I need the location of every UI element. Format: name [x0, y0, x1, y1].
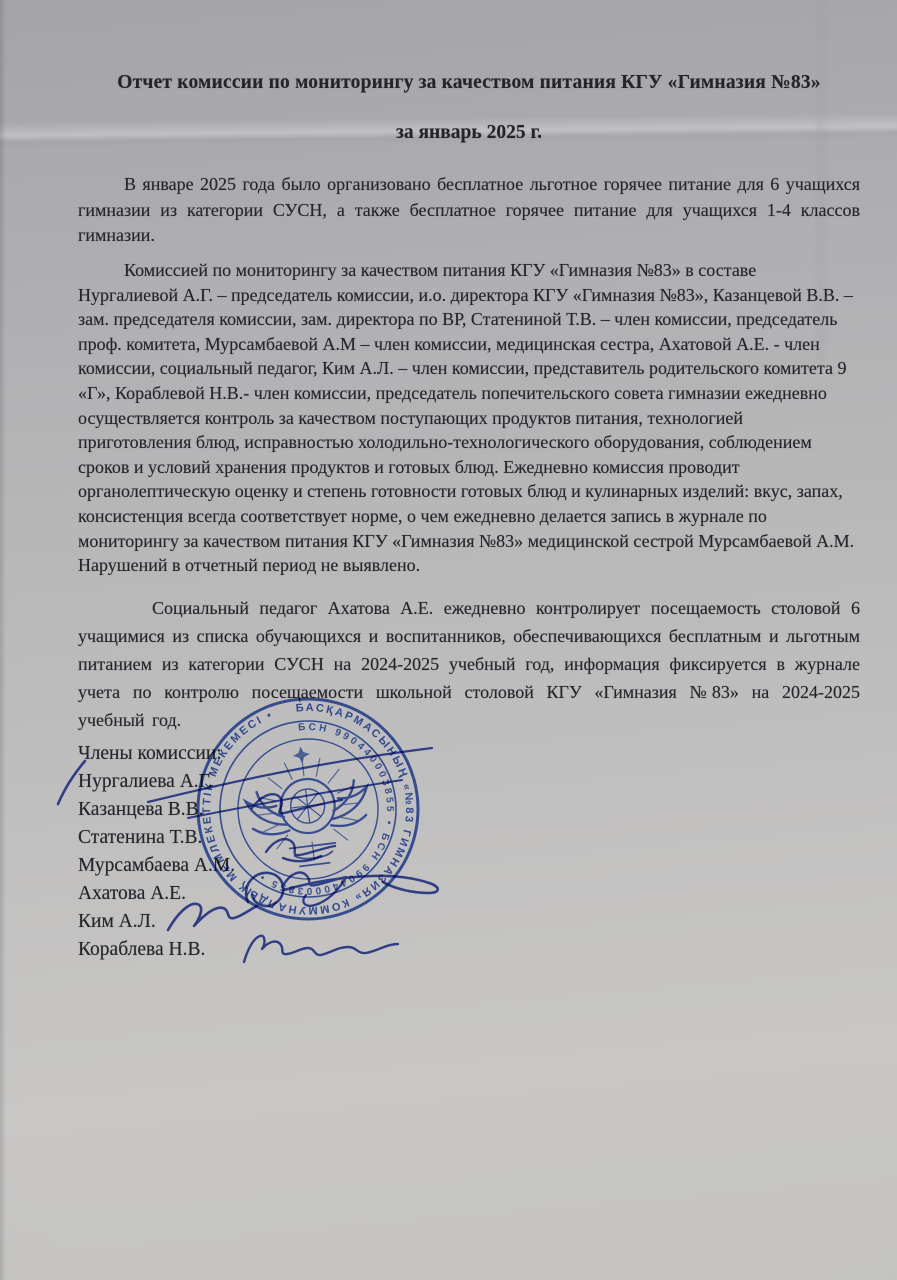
- paragraph-free-meals: В январе 2025 года было организовано бес…: [78, 172, 860, 249]
- commission-members-section: Члены комиссии: Нургалиева А.Г. Казанцев…: [78, 740, 498, 964]
- member-name: Ким А.Л.: [78, 908, 498, 936]
- document-title: Отчет комиссии по мониторингу за качеств…: [78, 72, 860, 94]
- photo-of-document: { "document": { "title_line1": "Отчет ко…: [0, 0, 897, 1280]
- member-name: Кораблева Н.В.: [78, 936, 498, 964]
- member-name: Мурсамбаева А.М.: [78, 852, 498, 880]
- paragraph-commission-monitoring: Комиссией по мониторингу за качеством пи…: [78, 258, 860, 578]
- members-heading: Члены комиссии:: [78, 740, 498, 768]
- member-name: Нургалиева А.Г.: [78, 768, 498, 796]
- paragraph-social-pedagog: Социальный педагог Ахатова А.Е. ежедневн…: [78, 594, 860, 734]
- member-name: Казанцева В.В.: [78, 796, 498, 824]
- document-subtitle: за январь 2025 г.: [78, 122, 860, 144]
- member-name: Статенина Т.В.: [78, 824, 498, 852]
- member-name: Ахатова А.Е.: [78, 880, 498, 908]
